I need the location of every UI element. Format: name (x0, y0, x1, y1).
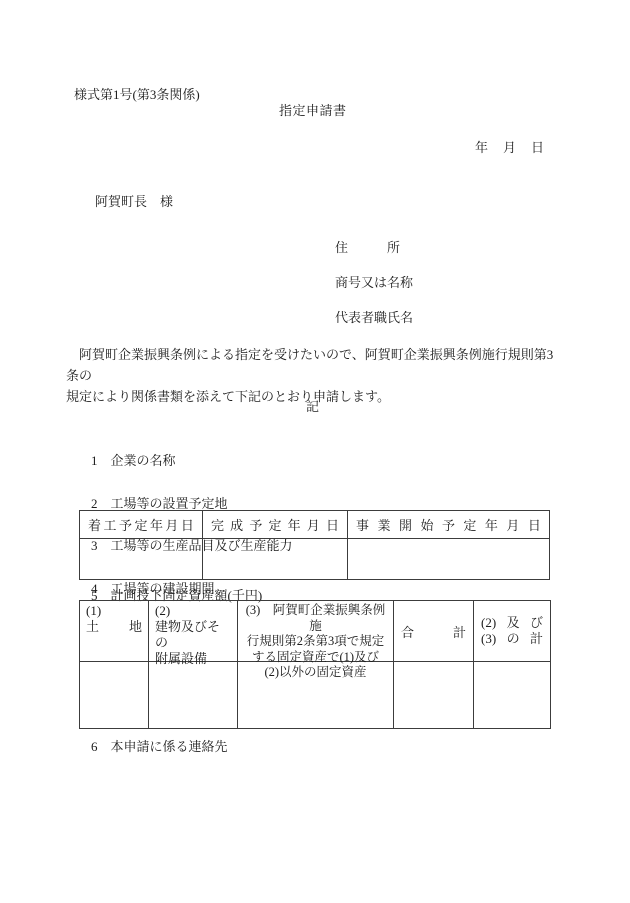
sum-line1-token3: び (530, 615, 543, 631)
land-number: (1) (86, 603, 142, 619)
cell-business-start-date (348, 539, 549, 579)
document-title: 指定申請書 (279, 100, 347, 119)
trade-name-label: 商号又は名称 (335, 265, 413, 300)
sum-2-3-line2: (3) の 計 (481, 631, 543, 647)
construction-schedule-table: 着工予定年月日 完成予定年月日 事業開始予定年月日 (79, 510, 550, 580)
cell-start-date (80, 539, 203, 579)
sum-line2-token1: (3) (481, 631, 496, 647)
header-building: (2) 建物及びその 附属設備 (149, 601, 238, 661)
cell-building (149, 662, 238, 728)
list-item-company-name: 1 企業の名称 (91, 450, 293, 471)
header-total: 合計 (394, 601, 474, 661)
header-start-date: 着工予定年月日 (80, 511, 203, 538)
header-sum-2-3: (2) 及 び (3) の 計 (474, 601, 550, 661)
building-number: (2) (155, 603, 231, 619)
construction-table-body-row (80, 539, 549, 579)
cell-land (80, 662, 149, 728)
sum-line1-token1: (2) (481, 615, 496, 631)
assets-table-header-row: (1) 土地 (2) 建物及びその 附属設備 (3) 阿賀町企業振興条例施 行規… (80, 601, 550, 662)
sum-line1-token2: 及 (507, 615, 520, 631)
sum-2-3-line1: (2) 及 び (481, 615, 543, 631)
cell-total (394, 662, 474, 728)
assets-table-body-row (80, 662, 550, 728)
representative-label: 代表者職氏名 (335, 300, 413, 335)
header-land: (1) 土地 (80, 601, 149, 661)
address-label: 住 所 (335, 230, 413, 265)
addressee: 阿賀町長 様 (95, 191, 173, 210)
fixed-assets-table: (1) 土地 (2) 建物及びその 附属設備 (3) 阿賀町企業振興条例施 行規… (79, 600, 551, 729)
total-label: 合計 (401, 622, 466, 641)
header-completion-date: 完成予定年月日 (203, 511, 348, 538)
cell-sum-2-3 (474, 662, 550, 728)
building-label: 建物及びその 附属設備 (155, 619, 231, 667)
construction-table-header-row: 着工予定年月日 完成予定年月日 事業開始予定年月日 (80, 511, 549, 539)
application-form-page: 様式第1号(第3条関係) 指定申請書 年 月 日 阿賀町長 様 住 所 商号又は… (0, 0, 630, 903)
cell-completion-date (203, 539, 348, 579)
header-other-fixed-assets: (3) 阿賀町企業振興条例施 行規則第2条第3項で規定 する固定資産で(1)及び… (238, 601, 394, 661)
land-label: 土地 (86, 619, 142, 635)
date-line: 年 月 日 (475, 137, 545, 156)
section-mark: 記 (306, 396, 319, 415)
form-number: 様式第1号(第3条関係) (74, 84, 200, 103)
contact-info-label: 6 本申請に係る連絡先 (91, 736, 228, 755)
recipient-block: 住 所 商号又は名称 代表者職氏名 (335, 230, 413, 335)
cell-other-fixed-assets (238, 662, 394, 728)
sum-line2-token2: の (507, 631, 520, 647)
sum-line2-token3: 計 (530, 631, 543, 647)
header-business-start-date: 事業開始予定年月日 (348, 511, 549, 538)
